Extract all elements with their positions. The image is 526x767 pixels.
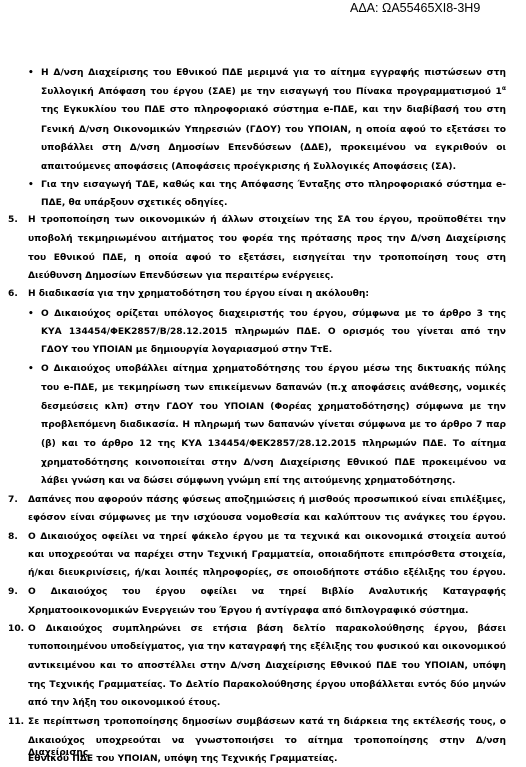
list-number: 5.	[8, 214, 18, 226]
text-line: Γενική Δ/νση Οικονομικών Υπηρεσιών (ΓΔΟΥ…	[41, 124, 506, 136]
text-line: εφόσον είναι σύμφωνες με την ισχύουσα νο…	[28, 512, 506, 524]
text-line: της Εγκυκλίου του ΠΔΕ στο πληροφοριακό σ…	[41, 104, 506, 116]
text-line: ΠΔΕ, θα υπάρξουν σχετικές οδηγίες.	[41, 197, 227, 209]
list-number: 7.	[8, 494, 18, 506]
text-line: ΓΔΟΥ του ΥΠΟΙΑΝ με δημιουργία λογαριασμο…	[41, 344, 332, 356]
bullet-marker: •	[28, 308, 34, 320]
text-line: του e-ΠΔΕ, με τεκμηρίωση των επικείμενων…	[41, 382, 506, 394]
text-line: Η διαδικασία για την χρηματοδότηση του έ…	[28, 288, 369, 300]
text-line: Για την εισαγωγή ΤΔΕ, καθώς και της Απόφ…	[41, 179, 506, 191]
ada-code: ΑΔΑ: ΩΑ55465ΧΙ8-3Η9	[350, 1, 480, 15]
list-number: 9.	[8, 586, 18, 598]
text-line: υποβάλλει στη Δ/νση Δημοσίων Επενδύσεων …	[41, 142, 506, 154]
text-line: Σε περίπτωση τροποποίησης δημοσίων συμβά…	[28, 716, 506, 728]
text-line: Συλλογική Απόφαση του έργου (ΣΑΕ) με την…	[41, 86, 506, 98]
bullet-marker: •	[28, 363, 34, 375]
bullet-marker: •	[28, 67, 34, 79]
text-line: χρηματοδότησης κοινοποιείται στην Δ/νση …	[41, 457, 506, 469]
text-line: του Εθνικού ΠΔΕ, η οποία αφού το εξετάσε…	[28, 252, 506, 264]
text-line: λάβει γνώση και να δώσει σύμφωνη γνώμη ε…	[41, 475, 456, 487]
text-line: (β) και το άρθρο 12 της ΚΥΑ 134454/ΦΕΚ28…	[41, 438, 506, 450]
text-line: δεσμεύσεις κλπ) στην ΓΔΟΥ του ΥΠΟΙΑΝ (Φο…	[41, 401, 506, 413]
text-line: τυποποιημένου υποδείγματος, για την κατα…	[28, 641, 506, 653]
text-line: απαιτούμενες αποφάσεις (Αποφάσεις προέγκ…	[41, 161, 456, 173]
superscript: α	[502, 85, 506, 92]
text-line: και υποχρεούται να παρέχει στην Τεχνική …	[28, 549, 506, 561]
text-line: Ο Δικαιούχος οφείλει να τηρεί φάκελο έργ…	[28, 531, 506, 543]
text-line: ΚΥΑ 134454/ΦΕΚ2857/Β/28.12.2015 πληρωμών…	[41, 326, 506, 338]
list-number: 11.	[8, 716, 24, 728]
text-line: ή/και διευκρινίσεις, ή/και λοιπές πληροφ…	[28, 567, 506, 579]
text-line: Ο Δικαιούχος του έργου οφείλει να τηρεί …	[28, 586, 506, 598]
text-line: Ο Δικαιούχος υποβάλλει αίτημα χρηματοδότ…	[41, 363, 506, 375]
list-number: 10.	[8, 623, 24, 635]
list-number: 6.	[8, 288, 18, 300]
text-line: Ο Δικαιούχος ορίζεται υπόλογος διαχειρισ…	[41, 308, 506, 320]
text-line: αντικειμένου και το αποστέλλει στην Δ/νσ…	[28, 660, 506, 672]
text-line: Η τροποποίηση των οικονομικών ή άλλων στ…	[28, 214, 506, 226]
list-number: 8.	[8, 531, 18, 543]
text-line: προβλεπόμενη διαδικασία. Η πληρωμή των δ…	[41, 419, 506, 431]
text-line: Η Δ/νση Διαχείρισης του Εθνικού ΠΔΕ μερι…	[41, 67, 506, 79]
text-line: από την λήξη του οικονομικού έτους.	[28, 697, 220, 709]
text-line: Διεύθυνση Δημοσίων Επενδύσεων για περαιτ…	[28, 270, 334, 282]
text-line: της Τεχνικής Γραμματείας. Το Δελτίο Παρα…	[28, 679, 506, 691]
text-line: Εθνικού ΠΔΕ του ΥΠΟΙΑΝ, υπόψη της Τεχνικ…	[28, 753, 338, 765]
text-line: Δαπάνες που αφορούν πάσης φύσεως αποζημι…	[28, 494, 506, 506]
text-line: Ο Δικαιούχος συμπληρώνει σε ετήσια βάση …	[28, 623, 506, 635]
text-line: υποβολή τεκμηριωμένου αιτήματος του φορέ…	[28, 233, 506, 245]
bullet-marker: •	[28, 179, 34, 191]
text-line: Χρηματοοικονομικών Ενεργειών του Έργου ή…	[28, 605, 468, 617]
